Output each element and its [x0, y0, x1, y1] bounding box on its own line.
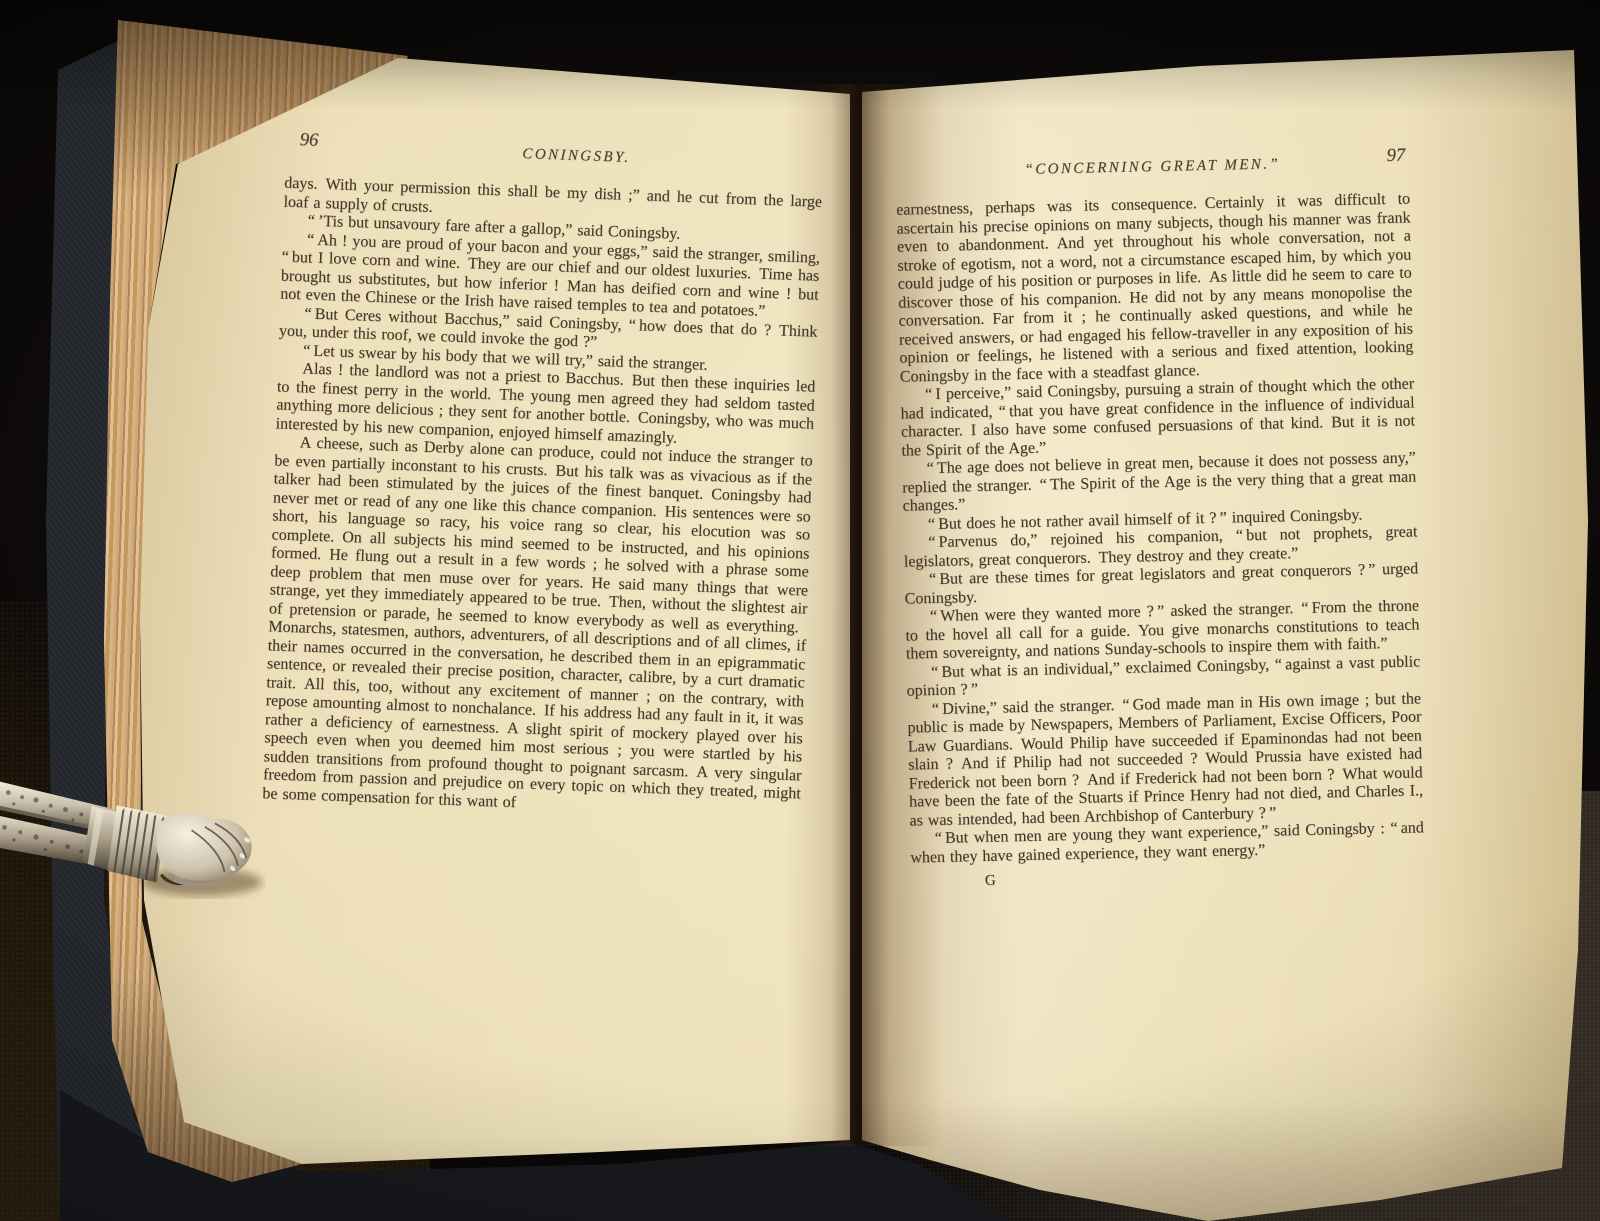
paragraph: A cheese, such as Derby alone can produc…: [262, 433, 813, 822]
right-page-text: “CONCERNING GREAT MEN.” 97 earnestness, …: [895, 144, 1425, 892]
paragraph: “ Divine,” said the stranger. “ God made…: [907, 690, 1424, 831]
left-page-text: 96 CONINGSBY. days. With your permission…: [262, 129, 824, 823]
paragraph: earnestness, perhaps was its consequence…: [896, 190, 1414, 386]
right-page-paragraphs: earnestness, perhaps was its consequence…: [896, 190, 1424, 867]
left-page-paragraphs: days. With your permission this shall be…: [262, 175, 822, 823]
right-running-title: “CONCERNING GREAT MEN.”: [895, 152, 1409, 182]
silver-hand-clasp-bookmark-icon: [0, 768, 266, 922]
right-page-number: 97: [1386, 147, 1405, 166]
photo-of-open-book: 96 CONINGSBY. days. With your permission…: [0, 0, 1600, 1221]
bookmark-body: [0, 781, 254, 891]
paragraph: “ I perceive,” said Coningsby, pursuing …: [900, 375, 1415, 460]
